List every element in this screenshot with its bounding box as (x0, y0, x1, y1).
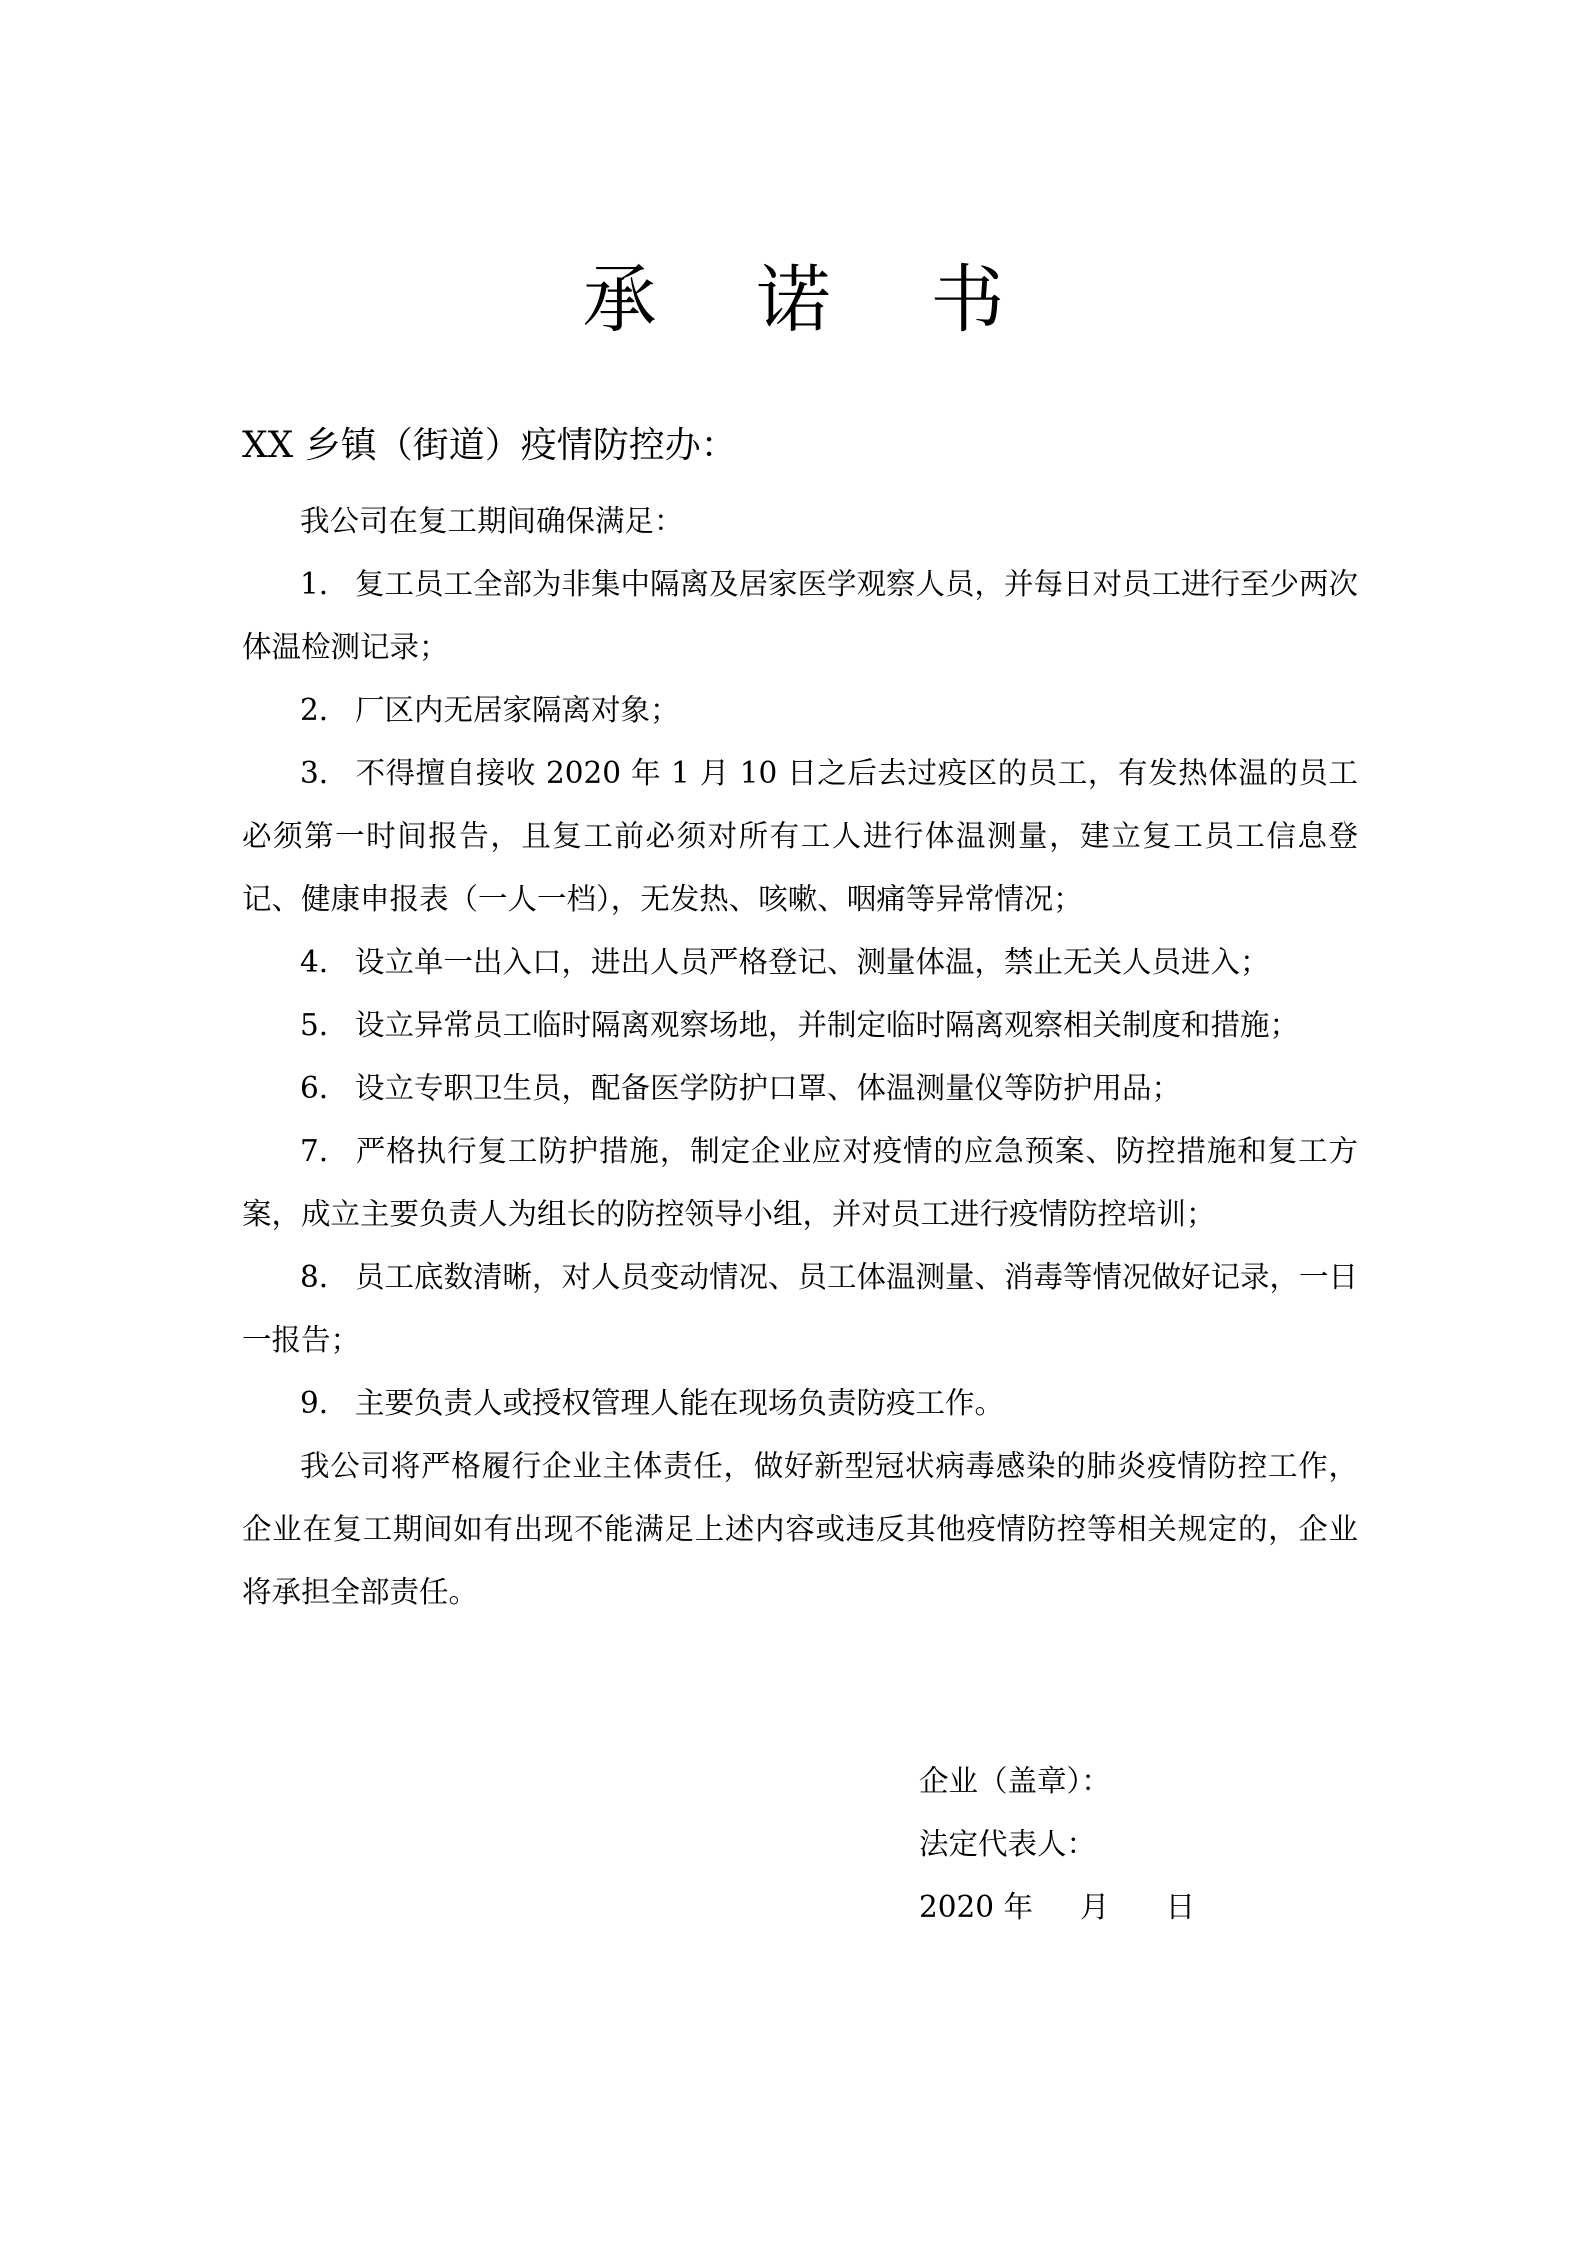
legal-representative-label: 法定代表人： (919, 1813, 1195, 1876)
item-number: 5. (300, 994, 355, 1057)
commitment-item: 5.设立异常员工临时隔离观察场地，并制定临时隔离观察相关制度和措施； (242, 994, 1358, 1057)
item-text: 不得擅自接收 2020 年 1 月 10 日之后去过疫区的员工，有发热体温的员工… (242, 756, 1358, 916)
item-text: 严格执行复工防护措施，制定企业应对疫情的应急预案、防控措施和复工方案，成立主要负… (242, 1134, 1358, 1231)
item-number: 2. (300, 679, 355, 742)
item-text: 设立单一出入口，进出人员严格登记、测量体温，禁止无关人员进入； (355, 945, 1270, 979)
commitment-item: 7.严格执行复工防护措施，制定企业应对疫情的应急预案、防控措施和复工方案，成立主… (242, 1120, 1358, 1246)
title-char: 承 (583, 255, 657, 345)
commitment-item: 8.员工底数清晰，对人员变动情况、员工体温测量、消毒等情况做好记录，一日一报告； (242, 1246, 1358, 1372)
item-text: 设立专职卫生员，配备医学防护口罩、体温测量仪等防护用品； (355, 1071, 1181, 1105)
commitment-item: 3.不得擅自接收 2020 年 1 月 10 日之后去过疫区的员工，有发热体温的… (242, 742, 1358, 931)
item-number: 8. (300, 1246, 355, 1309)
commitment-item: 2.厂区内无居家隔离对象； (242, 679, 1358, 742)
item-number: 9. (300, 1372, 355, 1435)
title-char: 书 (931, 255, 1005, 345)
item-text: 厂区内无居家隔离对象； (355, 693, 680, 727)
item-text: 主要负责人或授权管理人能在现场负责防疫工作。 (355, 1386, 1004, 1420)
item-text: 设立异常员工临时隔离观察场地，并制定临时隔离观察相关制度和措施； (355, 1008, 1299, 1042)
item-number: 3. (300, 742, 355, 805)
commitment-item: 9.主要负责人或授权管理人能在现场负责防疫工作。 (242, 1372, 1358, 1435)
item-number: 1. (300, 553, 355, 616)
item-number: 7. (300, 1120, 355, 1183)
signature-block: 企业（盖章）： 法定代表人： 2020 年 月 日 (919, 1750, 1195, 1939)
document-page: 承诺书 XX 乡镇（街道）疫情防控办： 我公司在复工期间确保满足： 1.复工员工… (0, 0, 1587, 2245)
commitment-item: 4.设立单一出入口，进出人员严格登记、测量体温，禁止无关人员进入； (242, 931, 1358, 994)
title-char: 诺 (757, 255, 831, 345)
closing-paragraph: 我公司将严格履行企业主体责任，做好新型冠状病毒感染的肺炎疫情防控工作，企业在复工… (242, 1435, 1358, 1624)
item-text: 员工底数清晰，对人员变动情况、员工体温测量、消毒等情况做好记录，一日一报告； (242, 1260, 1358, 1357)
commitment-item: 1.复工员工全部为非集中隔离及居家医学观察人员，并每日对员工进行至少两次体温检测… (242, 553, 1358, 679)
company-seal-label: 企业（盖章）： (919, 1750, 1195, 1813)
item-text: 复工员工全部为非集中隔离及居家医学观察人员，并每日对员工进行至少两次体温检测记录… (242, 567, 1358, 664)
document-title: 承诺书 (0, 255, 1587, 345)
addressee: XX 乡镇（街道）疫情防控办： (242, 418, 737, 474)
item-number: 6. (300, 1057, 355, 1120)
document-body: 我公司在复工期间确保满足： 1.复工员工全部为非集中隔离及居家医学观察人员，并每… (242, 490, 1358, 1624)
intro-paragraph: 我公司在复工期间确保满足： (242, 490, 1358, 553)
item-number: 4. (300, 931, 355, 994)
commitment-item: 6.设立专职卫生员，配备医学防护口罩、体温测量仪等防护用品； (242, 1057, 1358, 1120)
date-line: 2020 年 月 日 (919, 1876, 1195, 1939)
